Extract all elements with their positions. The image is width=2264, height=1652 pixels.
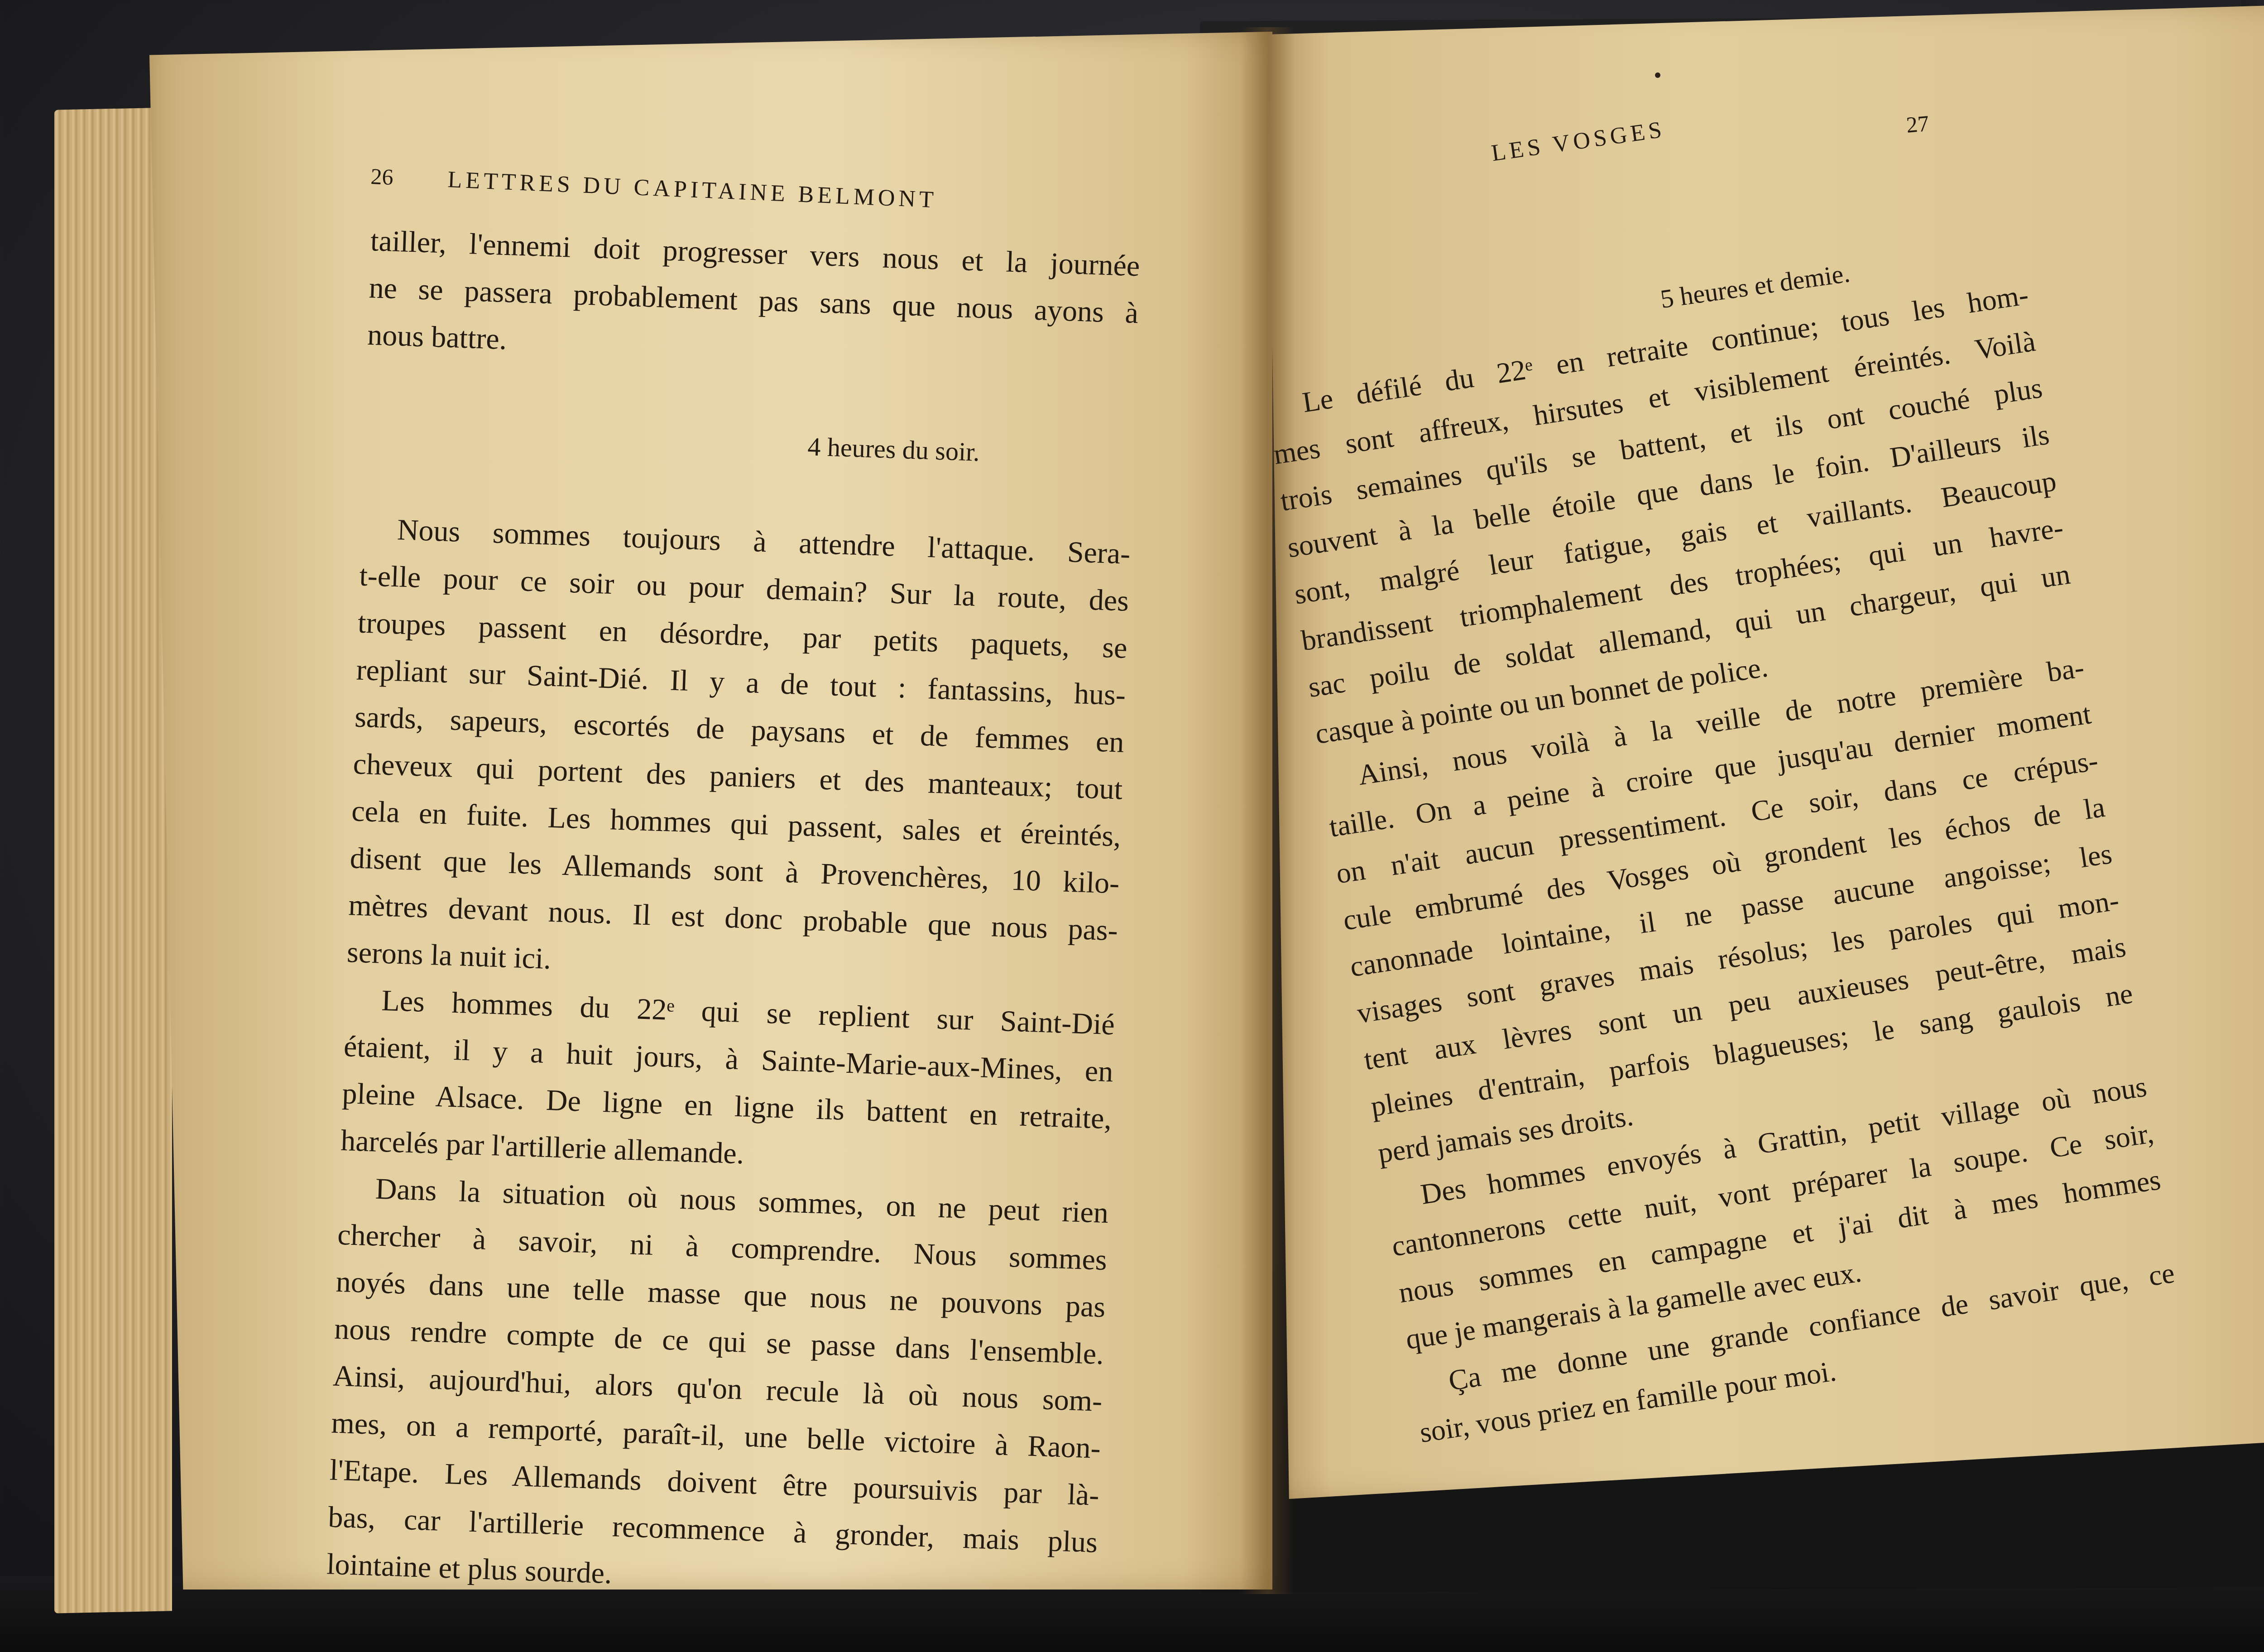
right-page-text: Le défilé du 22ᵉ en retraite continue; t… (1263, 271, 2185, 1456)
book-photo-scene: 26 LETTRES DU CAPITAINE BELMONT tailler,… (0, 0, 2264, 1652)
paper-speck (1655, 72, 1660, 78)
left-page-text: tailler, l'ennemi doit progresser vers n… (326, 217, 1141, 1614)
book-gutter (1241, 27, 1295, 1594)
right-page-number: 27 (1905, 110, 1930, 138)
page-edges (54, 107, 172, 1613)
left-page-number: 26 (370, 163, 394, 190)
